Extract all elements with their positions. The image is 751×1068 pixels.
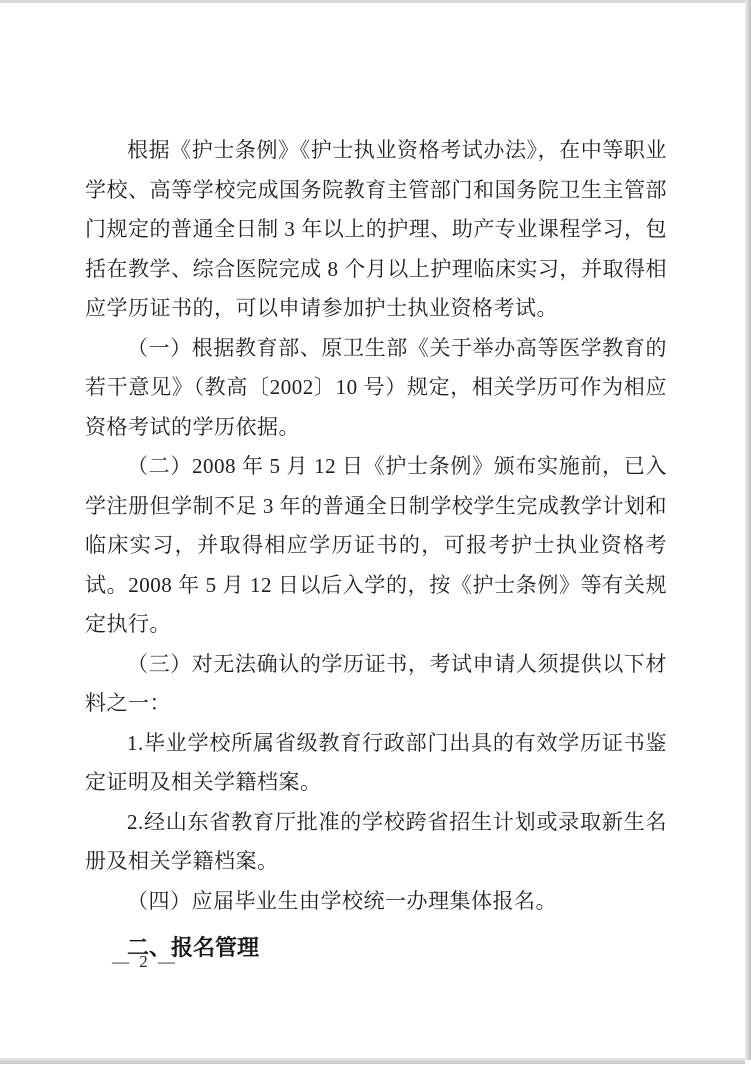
page-bottom-edge [0,1058,745,1064]
paragraph-material-1: 1.毕业学校所属省级教育行政部门出具的有效学历证书鉴定证明及相关学籍档案。 [85,724,667,803]
document-body: 根据《护士条例》《护士执业资格考试办法》，在中等职业学校、高等学校完成国务院教育… [85,131,667,968]
paragraph-material-2: 2.经山东省教育厅批准的学校跨省招生计划或录取新生名册及相关学籍档案。 [85,803,667,882]
document-page: 根据《护士条例》《护士执业资格考试办法》，在中等职业学校、高等学校完成国务院教育… [0,0,751,1068]
paragraph-point-1: （一）根据教育部、原卫生部《关于举办高等医学教育的若干意见》（教高〔2002〕1… [85,329,667,448]
paragraph-point-2: （二）2008 年 5 月 12 日《护士条例》颁布实施前，已入学注册但学制不足… [85,447,667,645]
paragraph-point-3: （三）对无法确认的学历证书，考试申请人须提供以下材料之一： [85,645,667,724]
page-right-edge [745,0,751,1060]
page-number: — 2 — [112,952,178,972]
paragraph-point-4: （四）应届毕业生由学校统一办理集体报名。 [85,882,667,922]
page-top-edge [0,0,751,3]
paragraph-intro: 根据《护士条例》《护士执业资格考试办法》，在中等职业学校、高等学校完成国务院教育… [85,131,667,329]
